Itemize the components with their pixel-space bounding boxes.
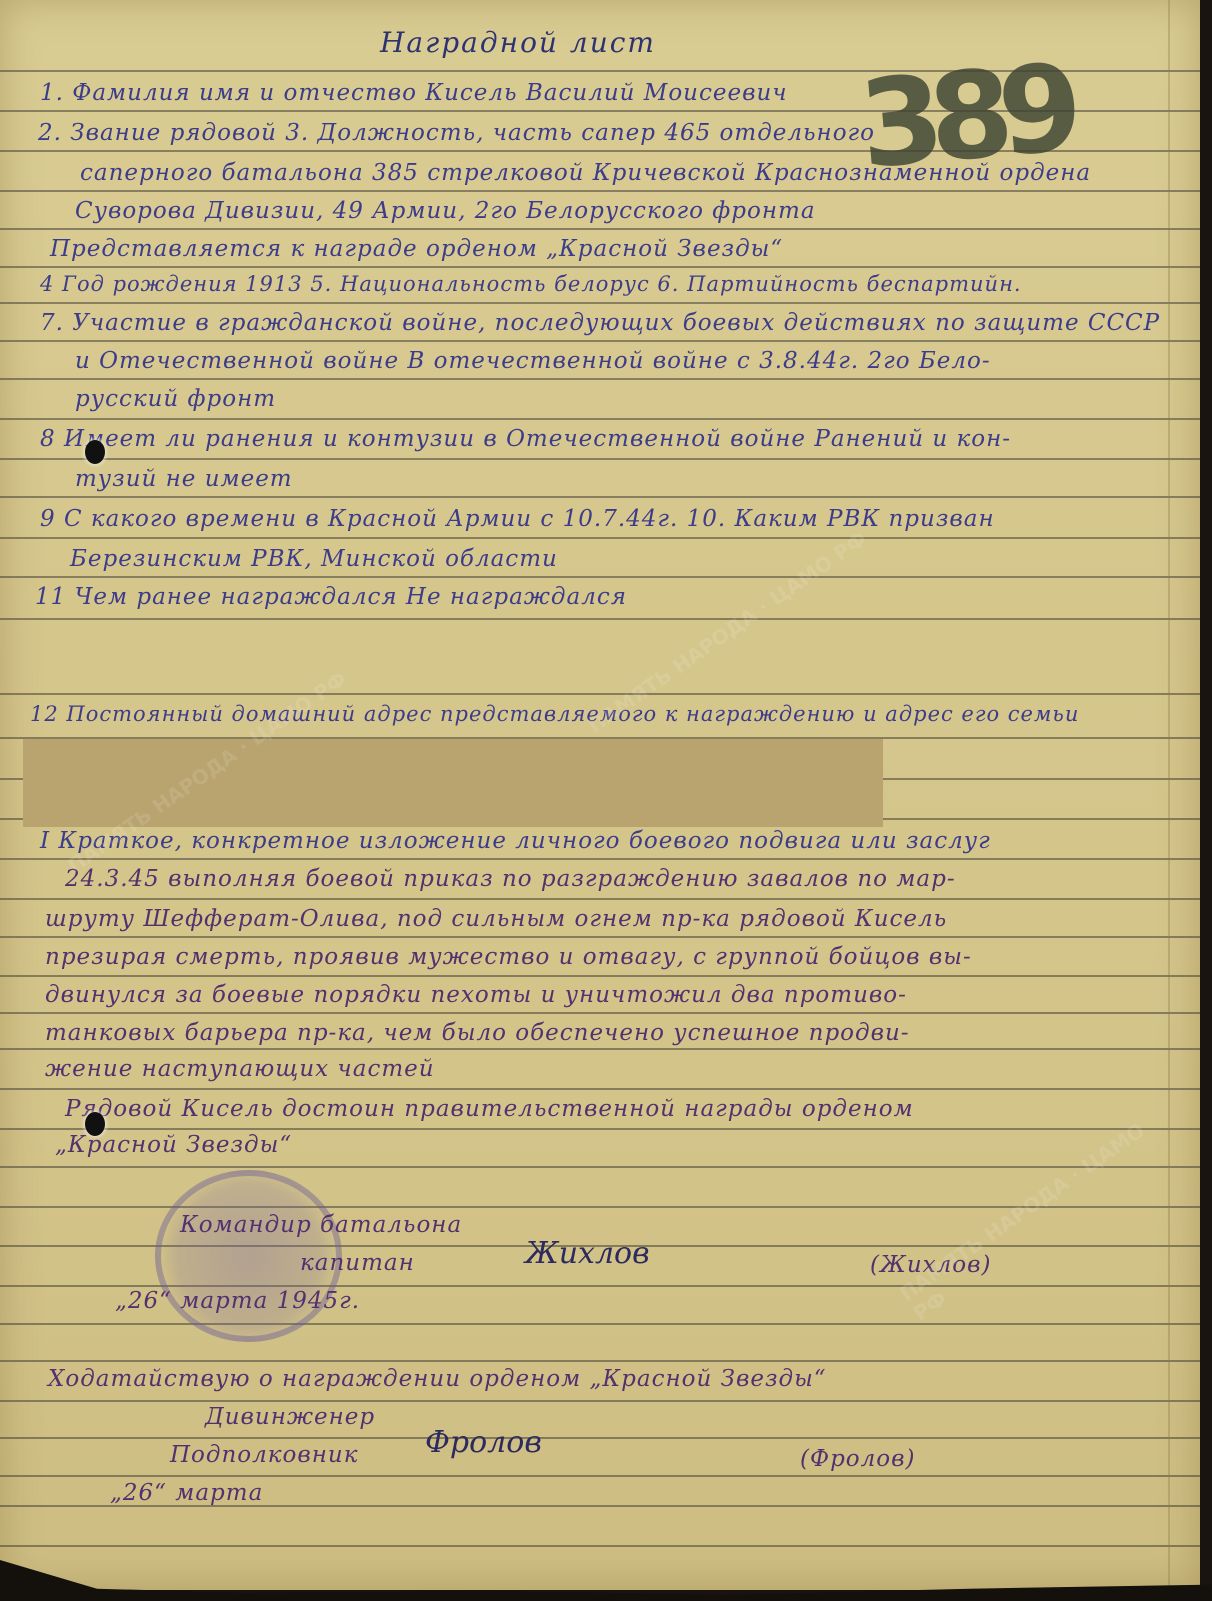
ruled-line bbox=[0, 340, 1200, 342]
feat-line: танковых барьера пр-ка, чем было обеспеч… bbox=[45, 1020, 910, 1046]
award-sheet-page: Наградной лист 389 1. Фамилия имя и отче… bbox=[0, 0, 1200, 1590]
ruled-line bbox=[0, 496, 1200, 498]
ruled-line bbox=[0, 936, 1200, 938]
field-war-participation-line-2: и Отечественной войне В отечественной во… bbox=[75, 348, 991, 374]
field-war-participation: 7. Участие в гражданской войне, последую… bbox=[40, 310, 1160, 336]
ruled-line bbox=[0, 898, 1200, 900]
ruled-line bbox=[0, 1128, 1200, 1130]
ruled-line bbox=[0, 1323, 1200, 1325]
ruled-line bbox=[0, 1048, 1200, 1050]
feat-line: 24.3.45 выполняя боевой приказ по разгра… bbox=[65, 866, 956, 892]
ruled-line bbox=[0, 693, 1200, 695]
ruled-line bbox=[0, 1360, 1200, 1362]
division-position: Дивинженер bbox=[205, 1404, 375, 1430]
ruled-line bbox=[0, 1400, 1200, 1402]
ruled-line bbox=[0, 1166, 1200, 1168]
punch-hole bbox=[85, 440, 105, 464]
ruled-line bbox=[0, 150, 1200, 152]
ruled-line bbox=[0, 618, 1200, 620]
field-rank-position: 2. Звание рядовой 3. Должность, часть са… bbox=[38, 120, 875, 146]
commander-rank: капитан bbox=[300, 1250, 415, 1276]
ruled-line bbox=[0, 378, 1200, 380]
document-title: Наградной лист bbox=[380, 26, 656, 59]
ruled-line bbox=[0, 458, 1200, 460]
field-war-participation-line-3: русский фронт bbox=[75, 386, 276, 412]
ruled-line bbox=[0, 70, 1200, 72]
field-wounds: 8 Имеет ли ранения и контузии в Отечеств… bbox=[40, 426, 1011, 452]
ruled-line bbox=[0, 302, 1200, 304]
feat-conclusion-line-2: „Красной Звезды“ bbox=[55, 1132, 292, 1158]
ruled-line bbox=[0, 1088, 1200, 1090]
punch-hole bbox=[85, 1112, 105, 1136]
commander-signature: Жихлов bbox=[525, 1236, 650, 1271]
watermark: ПАМЯТЬ НАРОДА · ЦАМО РФ bbox=[895, 1103, 1185, 1326]
ruled-line bbox=[0, 1437, 1200, 1439]
ruled-line bbox=[0, 1475, 1200, 1477]
commander-date: „26“ марта 1945г. bbox=[115, 1288, 360, 1314]
field-full-name: 1. Фамилия имя и отчество Кисель Василий… bbox=[40, 80, 788, 106]
ruled-line bbox=[0, 576, 1200, 578]
field-unit-line-2: саперного батальона 385 стрелковой Криче… bbox=[80, 160, 1091, 186]
division-date: „26“ марта bbox=[110, 1480, 263, 1506]
feat-line: презирая смерть, проявив мужество и отва… bbox=[45, 944, 972, 970]
field-birth-nationality-party: 4 Год рождения 1913 5. Национальность бе… bbox=[40, 272, 1022, 296]
feat-heading: I Краткое, конкретное изложение личного … bbox=[40, 828, 991, 854]
ruled-line bbox=[0, 266, 1200, 268]
field-service-since-rvk: 9 С какого времени в Красной Армии с 10.… bbox=[40, 506, 995, 532]
ruled-line bbox=[0, 537, 1200, 539]
ruled-line bbox=[0, 858, 1200, 860]
field-home-address: 12 Постоянный домашний адрес представляе… bbox=[30, 702, 1079, 726]
feat-line: жение наступающих частей bbox=[45, 1056, 435, 1082]
field-nomination: Представляется к награде орденом „Красно… bbox=[50, 236, 783, 262]
field-rvk-line-2: Березинским РВК, Минской области bbox=[70, 546, 558, 572]
division-rank: Подполковник bbox=[170, 1442, 358, 1468]
ruled-line bbox=[0, 1545, 1200, 1547]
field-wounds-line-2: тузий не имеет bbox=[75, 466, 293, 492]
division-name: (Фролов) bbox=[800, 1446, 916, 1472]
field-previous-awards: 11 Чем ранее награждался Не награждался bbox=[35, 584, 627, 610]
commander-position: Командир батальона bbox=[180, 1212, 462, 1238]
feat-line: шруту Шефферат-Олива, под сильным огнем … bbox=[45, 906, 947, 932]
feat-conclusion: Рядовой Кисель достоин правительственной… bbox=[65, 1096, 914, 1122]
ruled-line bbox=[0, 228, 1200, 230]
division-request: Ходатайствую о награждении орденом „Крас… bbox=[48, 1366, 827, 1392]
ruled-line bbox=[0, 418, 1200, 420]
ruled-line bbox=[0, 110, 1200, 112]
ruled-line bbox=[0, 190, 1200, 192]
field-unit-line-3: Суворова Дивизии, 49 Армии, 2го Белорусс… bbox=[75, 198, 816, 224]
division-signature: Фролов bbox=[425, 1425, 542, 1460]
ruled-line bbox=[0, 1012, 1200, 1014]
feat-line: двинулся за боевые порядки пехоты и унич… bbox=[45, 982, 907, 1008]
ruled-line bbox=[0, 975, 1200, 977]
